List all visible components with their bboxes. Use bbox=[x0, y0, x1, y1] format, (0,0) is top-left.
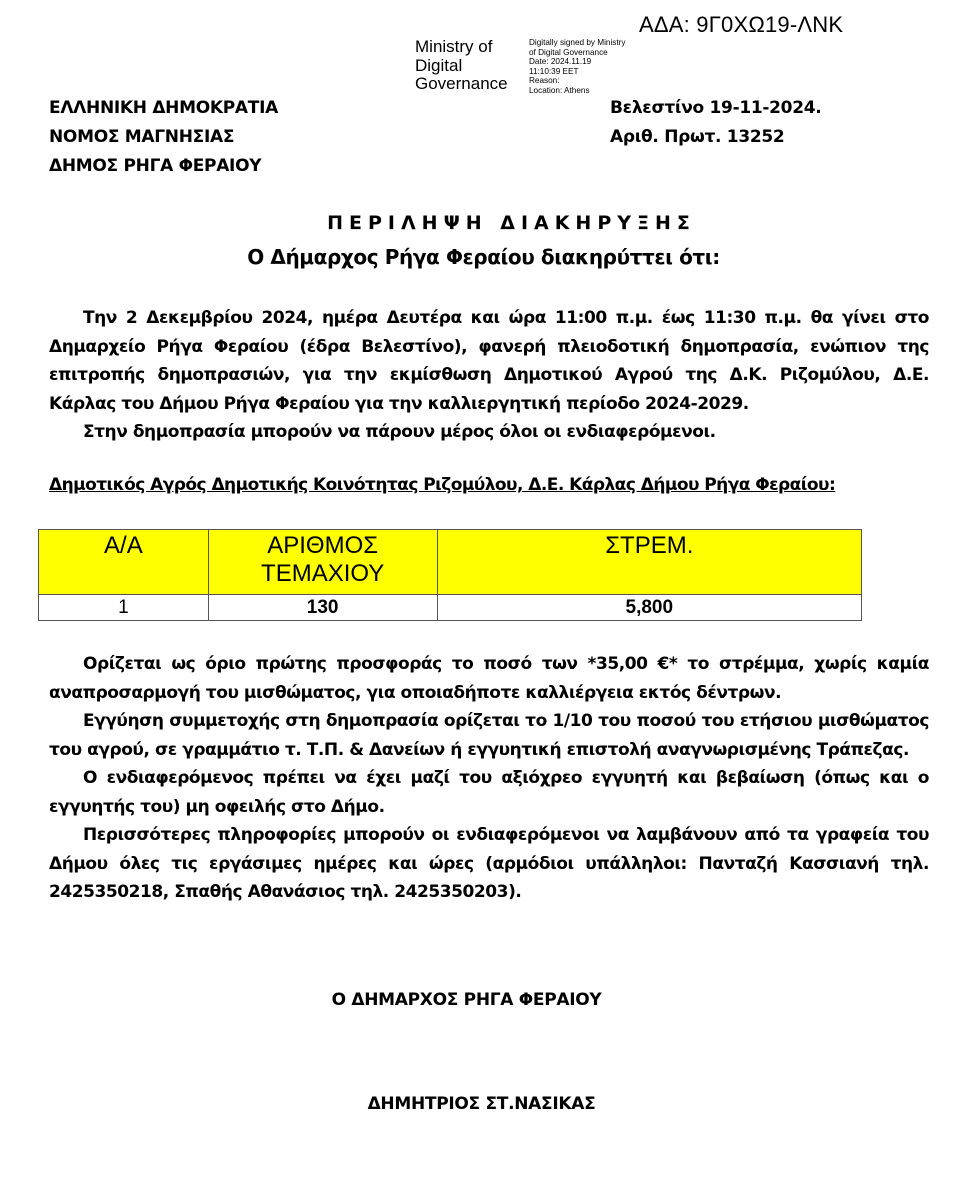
ada-code: ΑΔΑ: 9Γ0ΧΩ19-ΛΝΚ bbox=[639, 12, 843, 38]
intro-paragraph: Την 2 Δεκεμβρίου 2024, ημέρα Δευτέρα και… bbox=[49, 304, 929, 418]
plot-table: Α/Α ΑΡΙΘΜΟΣ ΤΕΜΑΧΙΟΥ ΣΤΡΕΜ. 1 130 5,800 bbox=[38, 529, 862, 621]
signer-line: Ministry of bbox=[415, 38, 508, 57]
section-heading: Δημοτικός Αγρός Δημοτικής Κοινότητας Ριζ… bbox=[49, 475, 835, 495]
terms-paragraph: Περισσότερες πληροφορίες μπορούν οι ενδι… bbox=[49, 821, 929, 907]
cell-aa: 1 bbox=[39, 595, 209, 621]
signer-line: Governance bbox=[415, 75, 508, 94]
signature-line: Date: 2024.11.19 bbox=[529, 57, 625, 67]
signature-line: Reason: bbox=[529, 76, 625, 86]
signature-line: 11:10:39 EET bbox=[529, 67, 625, 77]
issuer-country: ΕΛΛΗΝΙΚΗ ΔΗΜΟΚΡΑΤΙΑ bbox=[49, 94, 278, 123]
column-header-plot-number: ΑΡΙΘΜΟΣ ΤΕΜΑΧΙΟΥ bbox=[208, 530, 437, 595]
intro-section: Την 2 Δεκεμβρίου 2024, ημέρα Δευτέρα και… bbox=[49, 304, 929, 447]
issuer-prefecture: ΝΟΜΟΣ ΜΑΓΝΗΣΙΑΣ bbox=[49, 123, 278, 152]
intro-paragraph: Στην δημοπρασία μπορούν να πάρουν μέρος … bbox=[49, 418, 929, 447]
cell-stremmata: 5,800 bbox=[437, 595, 861, 621]
column-header-aa: Α/Α bbox=[39, 530, 209, 595]
terms-section: Ορίζεται ως όριο πρώτης προσφοράς το ποσ… bbox=[49, 650, 929, 907]
issuer-header: ΕΛΛΗΝΙΚΗ ΔΗΜΟΚΡΑΤΙΑ ΝΟΜΟΣ ΜΑΓΝΗΣΙΑΣ ΔΗΜΟ… bbox=[49, 94, 278, 181]
signer-line: Digital bbox=[415, 57, 508, 76]
document-subtitle: Ο Δήμαρχος Ρήγα Φεραίου διακηρύττει ότι: bbox=[0, 245, 967, 269]
terms-paragraph: Ορίζεται ως όριο πρώτης προσφοράς το ποσ… bbox=[49, 650, 929, 707]
signature-line: of Digital Governance bbox=[529, 48, 625, 58]
cell-plot-number: 130 bbox=[208, 595, 437, 621]
place-date: Βελεστίνο 19-11-2024. bbox=[610, 94, 821, 123]
signatory-role: Ο ΔΗΜΑΡΧΟΣ ΡΗΓΑ ΦΕΡΑΙΟΥ bbox=[0, 990, 967, 1010]
table-row: 1 130 5,800 bbox=[39, 595, 862, 621]
issuer-municipality: ΔΗΜΟΣ ΡΗΓΑ ΦΕΡΑΙΟΥ bbox=[49, 152, 278, 181]
terms-paragraph: Εγγύηση συμμετοχής στη δημοπρασία ορίζετ… bbox=[49, 707, 929, 764]
signature-line: Digitally signed by Ministry bbox=[529, 38, 625, 48]
signatory-name: ΔΗΜΗΤΡΙΟΣ ΣΤ.ΝΑΣΙΚΑΣ bbox=[0, 1094, 967, 1114]
digital-signature-details: Digitally signed by Ministry of Digital … bbox=[529, 38, 625, 96]
table-header-row: Α/Α ΑΡΙΘΜΟΣ ΤΕΜΑΧΙΟΥ ΣΤΡΕΜ. bbox=[39, 530, 862, 595]
protocol-number: Αριθ. Πρωτ. 13252 bbox=[610, 123, 821, 152]
date-protocol-block: Βελεστίνο 19-11-2024. Αριθ. Πρωτ. 13252 bbox=[610, 94, 821, 152]
signer-name: Ministry of Digital Governance bbox=[415, 38, 508, 94]
column-header-stremmata: ΣΤΡΕΜ. bbox=[437, 530, 861, 595]
terms-paragraph: Ο ενδιαφερόμενος πρέπει να έχει μαζί του… bbox=[49, 764, 929, 821]
document-title: ΠΕΡΙΛΗΨΗ ΔΙΑΚΗΡΥΞΗΣ bbox=[0, 212, 967, 234]
